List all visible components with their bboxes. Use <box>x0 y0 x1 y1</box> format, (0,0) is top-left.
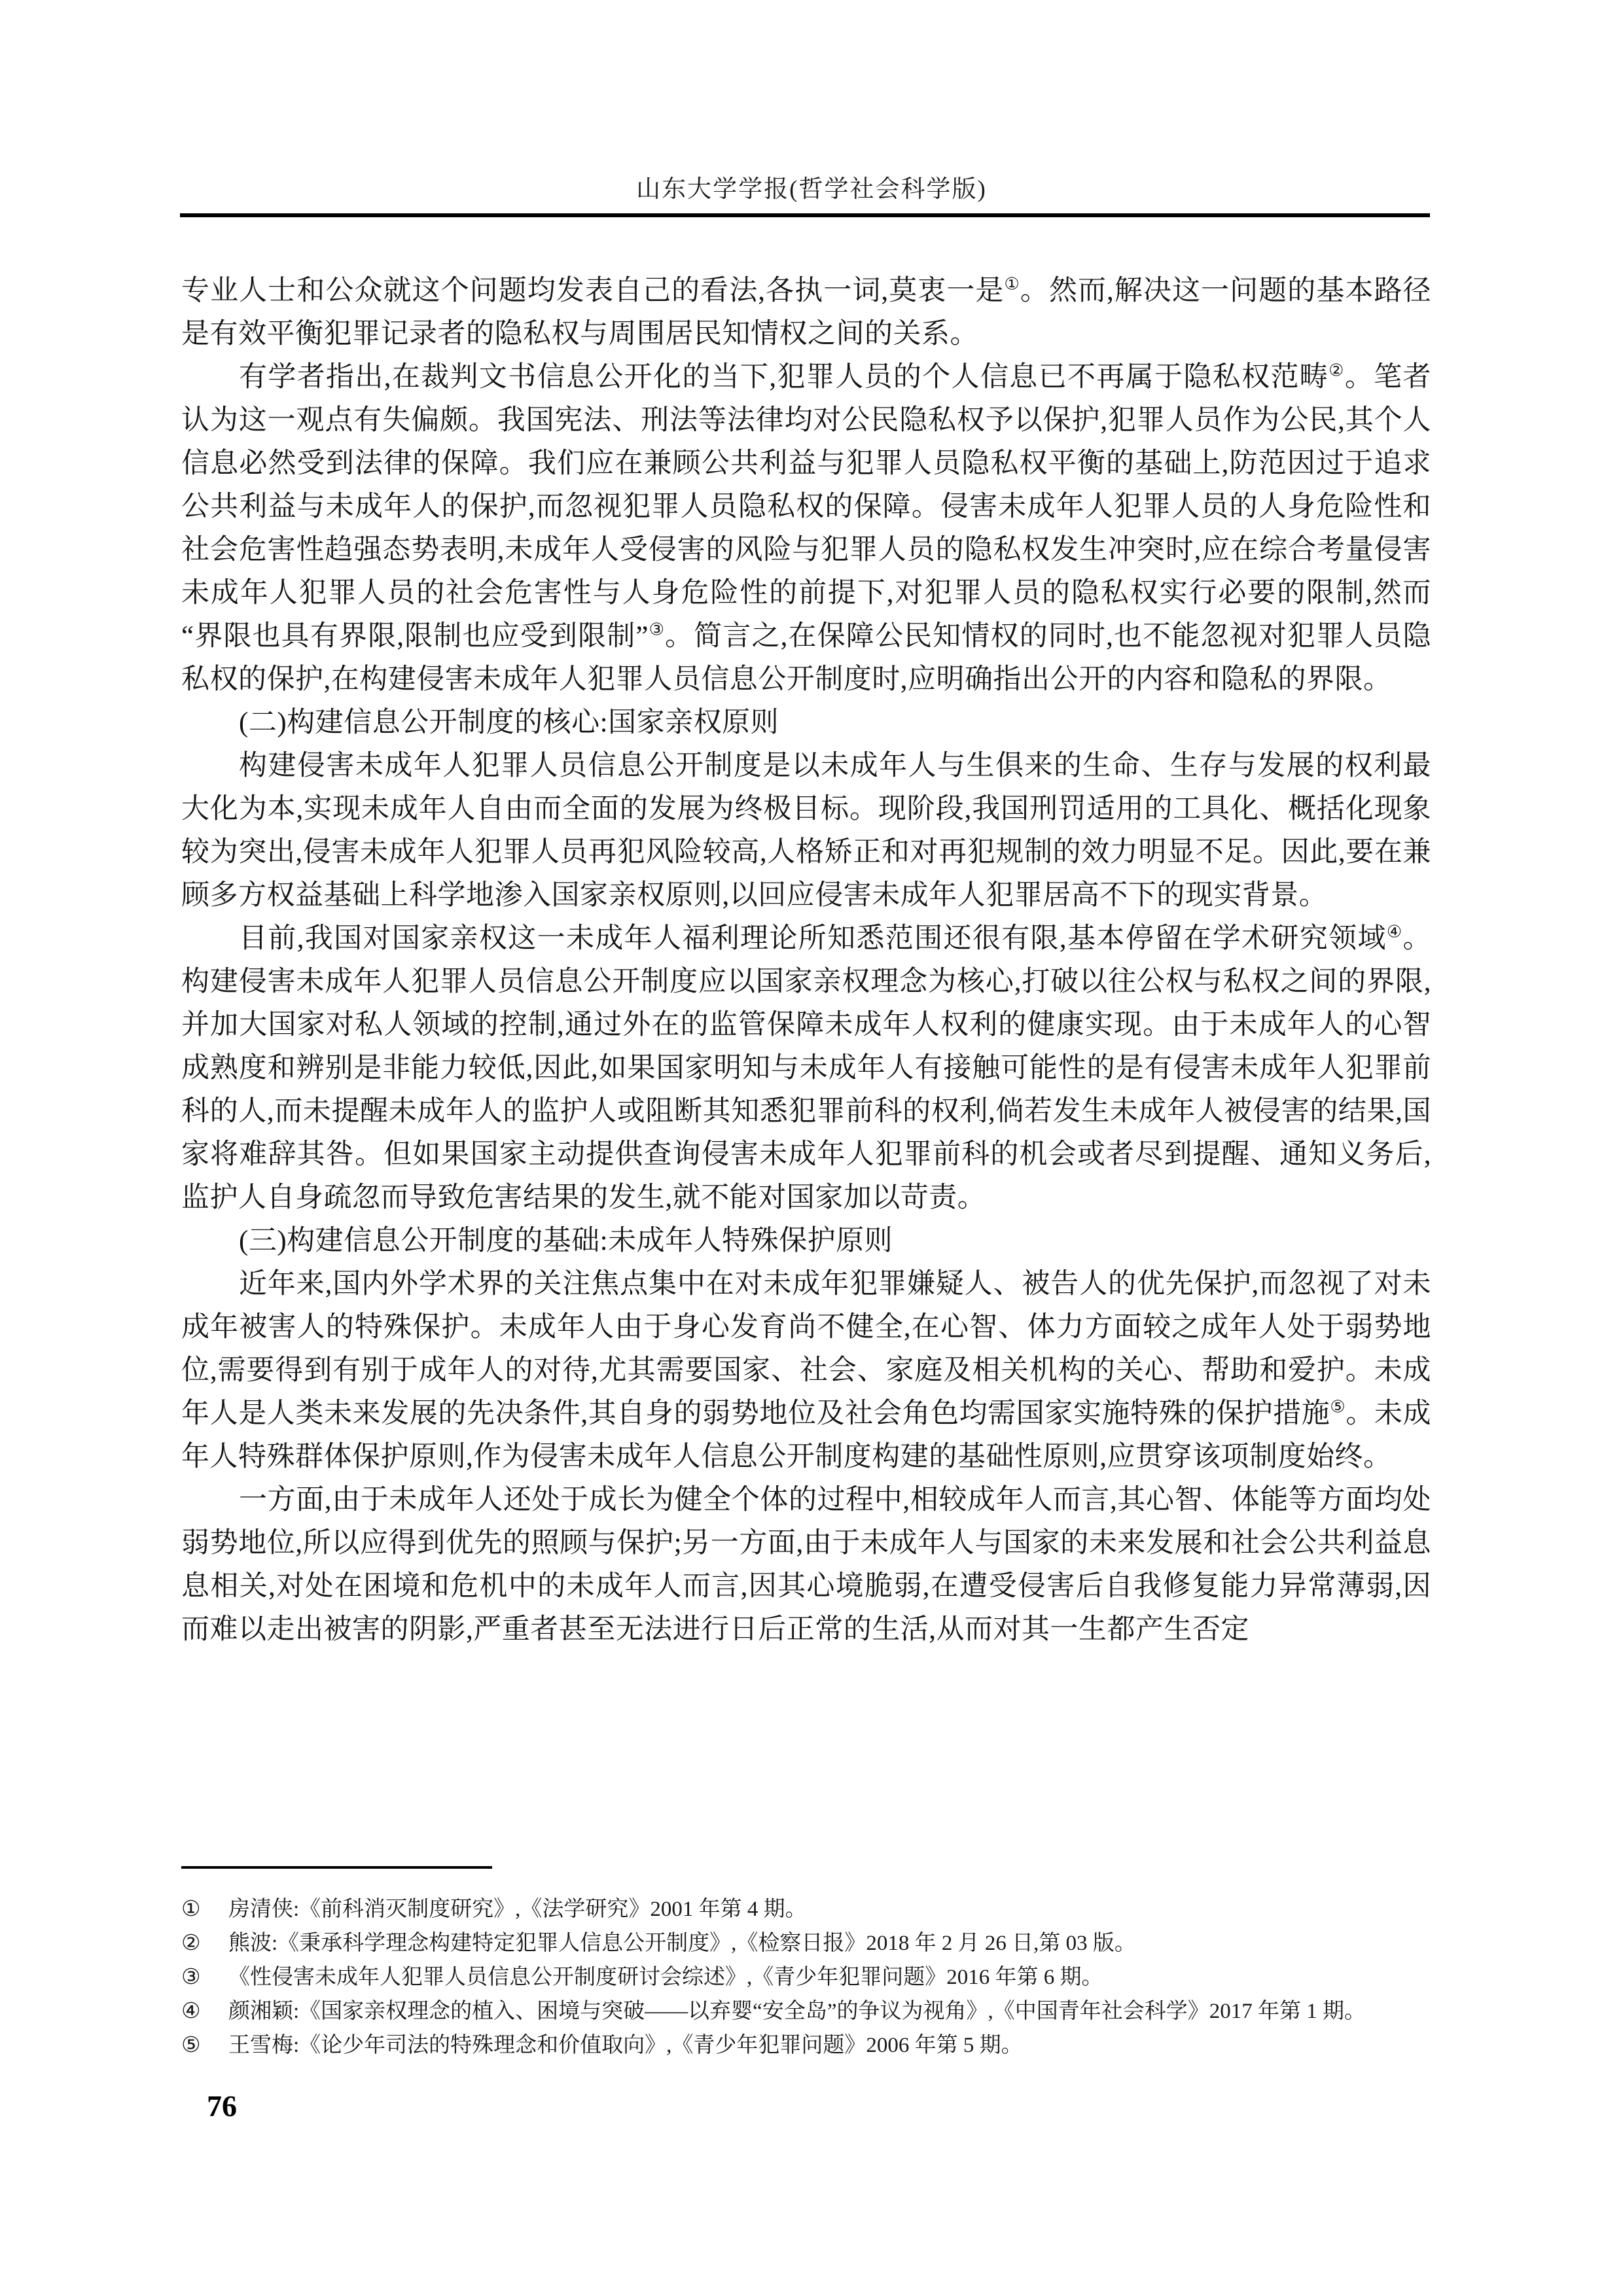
footnote-marker: ⑤ <box>181 2031 228 2060</box>
paragraph: 有学者指出,在裁判文书信息公开化的当下,犯罪人员的个人信息已不再属于隐私权范畴②… <box>181 356 1431 701</box>
paragraph: 目前,我国对国家亲权这一未成年人福利理论所知悉范围还很有限,基本停留在学术研究领… <box>181 917 1431 1220</box>
footnote-marker: ② <box>181 1929 228 1958</box>
footnote-separator-rule <box>181 1866 492 1869</box>
footnote-ref: ④ <box>1387 923 1403 942</box>
footnote-marker: ③ <box>181 1963 228 1992</box>
footnote-text: 颜湘颖:《国家亲权理念的植入、困境与突破——以弃婴“安全岛”的争议为视角》,《中… <box>228 1997 1431 2026</box>
footnote-marker: ① <box>181 1895 228 1924</box>
footnote-ref: ① <box>1004 275 1020 294</box>
journal-page: 山东大学学报(哲学社会科学版) 专业人士和公众就这个问题均发表自己的看法,各执一… <box>0 0 1623 2296</box>
header-rule <box>180 213 1430 217</box>
journal-header-title: 山东大学学报(哲学社会科学版) <box>0 169 1623 204</box>
footnote-ref: ③ <box>649 620 665 639</box>
footnote-item: ⑤ 王雪梅:《论少年司法的特殊理念和价值取向》,《青少年犯罪问题》2006 年第… <box>181 2031 1431 2060</box>
section-heading: (二)构建信息公开制度的核心:国家亲权原则 <box>181 701 1431 745</box>
footnote-item: ③ 《性侵害未成年人犯罪人员信息公开制度研讨会综述》,《青少年犯罪问题》2016… <box>181 1963 1431 1992</box>
paragraph: 近年来,国内外学术界的关注焦点集中在对未成年犯罪嫌疑人、被告人的优先保护,而忽视… <box>181 1263 1431 1479</box>
footnote-item: ④ 颜湘颖:《国家亲权理念的植入、困境与突破——以弃婴“安全岛”的争议为视角》,… <box>181 1997 1431 2026</box>
section-heading: (三)构建信息公开制度的基础:未成年人特殊保护原则 <box>181 1220 1431 1263</box>
footnote-text: 熊波:《秉承科学理念构建特定犯罪人信息公开制度》,《检察日报》2018 年 2 … <box>228 1929 1431 1958</box>
footnote-item: ② 熊波:《秉承科学理念构建特定犯罪人信息公开制度》,《检察日报》2018 年 … <box>181 1929 1431 1958</box>
paragraph: 一方面,由于未成年人还处于成长为健全个体的过程中,相较成年人而言,其心智、体能等… <box>181 1479 1431 1651</box>
footnote-text: 王雪梅:《论少年司法的特殊理念和价值取向》,《青少年犯罪问题》2006 年第 5… <box>228 2031 1431 2060</box>
footnote-item: ① 房清侠:《前科消灭制度研究》,《法学研究》2001 年第 4 期。 <box>181 1895 1431 1924</box>
paragraph: 构建侵害未成年人犯罪人员信息公开制度是以未成年人与生俱来的生命、生存与发展的权利… <box>181 745 1431 917</box>
footnote-ref: ⑤ <box>1330 1398 1346 1417</box>
footnote-text: 房清侠:《前科消灭制度研究》,《法学研究》2001 年第 4 期。 <box>228 1895 1431 1924</box>
paragraph-continuation: 专业人士和公众就这个问题均发表自己的看法,各执一词,莫衷一是①。然而,解决这一问… <box>181 270 1431 356</box>
footnotes: ① 房清侠:《前科消灭制度研究》,《法学研究》2001 年第 4 期。 ② 熊波… <box>181 1895 1431 2065</box>
footnote-ref: ② <box>1329 361 1345 380</box>
page-number: 76 <box>207 2089 237 2123</box>
article-body: 专业人士和公众就这个问题均发表自己的看法,各执一词,莫衷一是①。然而,解决这一问… <box>181 270 1431 1651</box>
footnote-text: 《性侵害未成年人犯罪人员信息公开制度研讨会综述》,《青少年犯罪问题》2016 年… <box>228 1963 1431 1992</box>
footnote-marker: ④ <box>181 1997 228 2026</box>
